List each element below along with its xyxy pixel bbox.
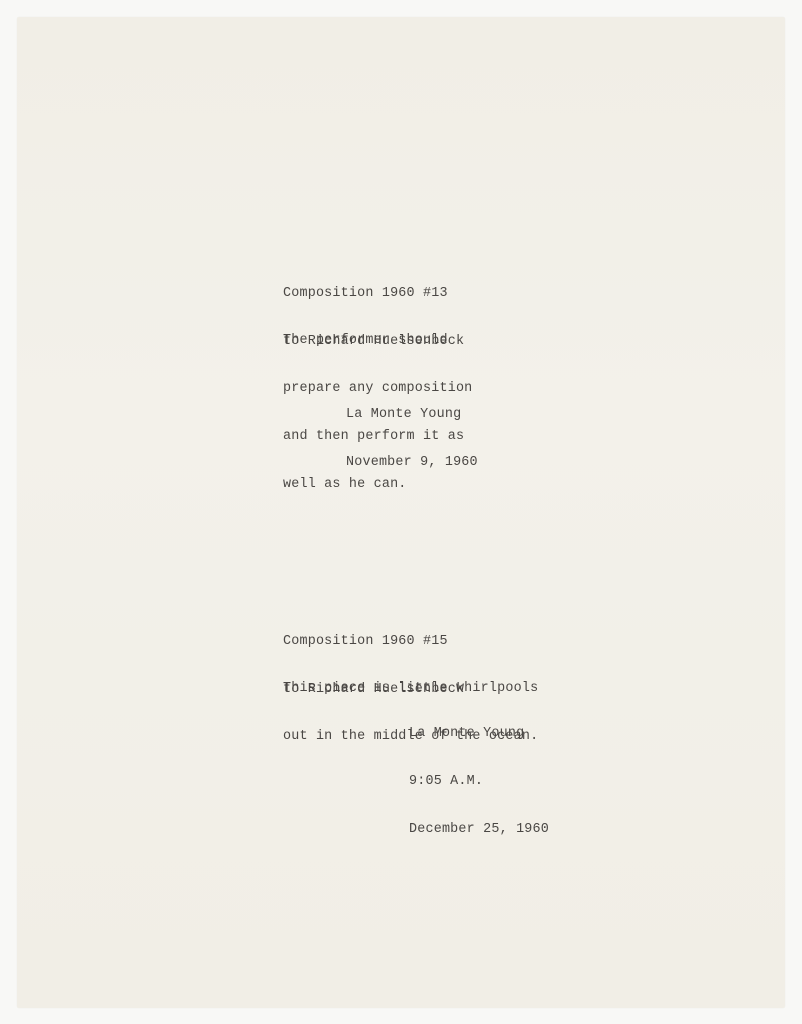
composition-13-signature: La Monte Young November 9, 1960 (346, 375, 478, 487)
body-line: The performer should (283, 333, 472, 349)
signature-date: December 25, 1960 (409, 822, 549, 838)
signature-name: La Monte Young (409, 726, 549, 742)
paper-sheet (17, 17, 785, 1008)
signature-date: November 9, 1960 (346, 455, 478, 471)
signature-time: 9:05 A.M. (409, 774, 549, 790)
composition-title: Composition 1960 #13 (283, 286, 464, 302)
composition-title: Composition 1960 #15 (283, 634, 464, 650)
composition-15-signature: La Monte Young 9:05 A.M. December 25, 19… (409, 694, 549, 854)
signature-name: La Monte Young (346, 407, 478, 423)
